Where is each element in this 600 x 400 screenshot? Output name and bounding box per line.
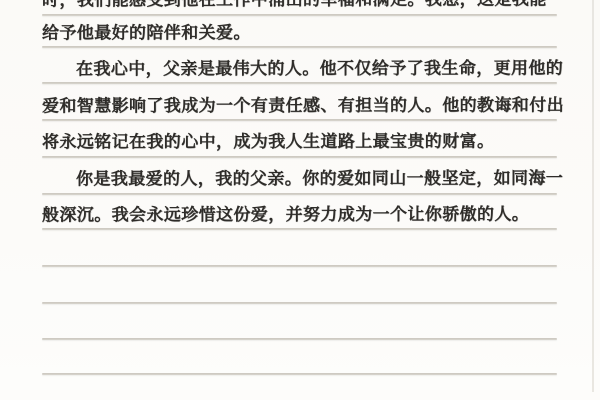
ruled-line <box>42 156 557 158</box>
handwriting-line-2: 给予他最好的陪伴和关爱。 <box>42 23 587 45</box>
ruled-line <box>42 265 557 267</box>
handwriting-line-5: 将永远铭记在我的心中，成为我人生道路上最宝贵的财富。 <box>42 132 587 154</box>
photographed-notebook-page: 时，我们能感受到他在工作中涌出的幸福和满足。我想，这是我能 给予他最好的陪伴和关… <box>0 0 600 400</box>
ruled-line <box>42 338 557 340</box>
ruled-line <box>42 82 557 84</box>
ruled-line <box>42 228 557 230</box>
ruled-line <box>42 373 557 375</box>
ruled-line <box>42 14 557 16</box>
ruled-line <box>42 302 557 304</box>
handwriting-line-1-clipped: 时，我们能感受到他在工作中涌出的幸福和满足。我想，这是我能 <box>42 0 587 11</box>
handwriting-line-6: 你是我最爱的人，我的父亲。你的爱如同山一般坚定，如同海一 <box>42 168 600 190</box>
handwriting-line-3: 在我心中，父亲是最伟大的人。他不仅给予了我生命，更用他的 <box>42 58 600 80</box>
page-right-edge <box>592 0 594 392</box>
ruled-line <box>42 46 557 48</box>
ruled-line <box>42 119 557 121</box>
handwriting-line-4: 爱和智慧影响了我成为一个有责任感、有担当的人。他的教诲和付出 <box>42 96 587 118</box>
ruled-line <box>42 193 557 195</box>
handwriting-line-7: 般深沉。我会永远珍惜这份爱，并努力成为一个让你骄傲的人。 <box>42 205 587 227</box>
